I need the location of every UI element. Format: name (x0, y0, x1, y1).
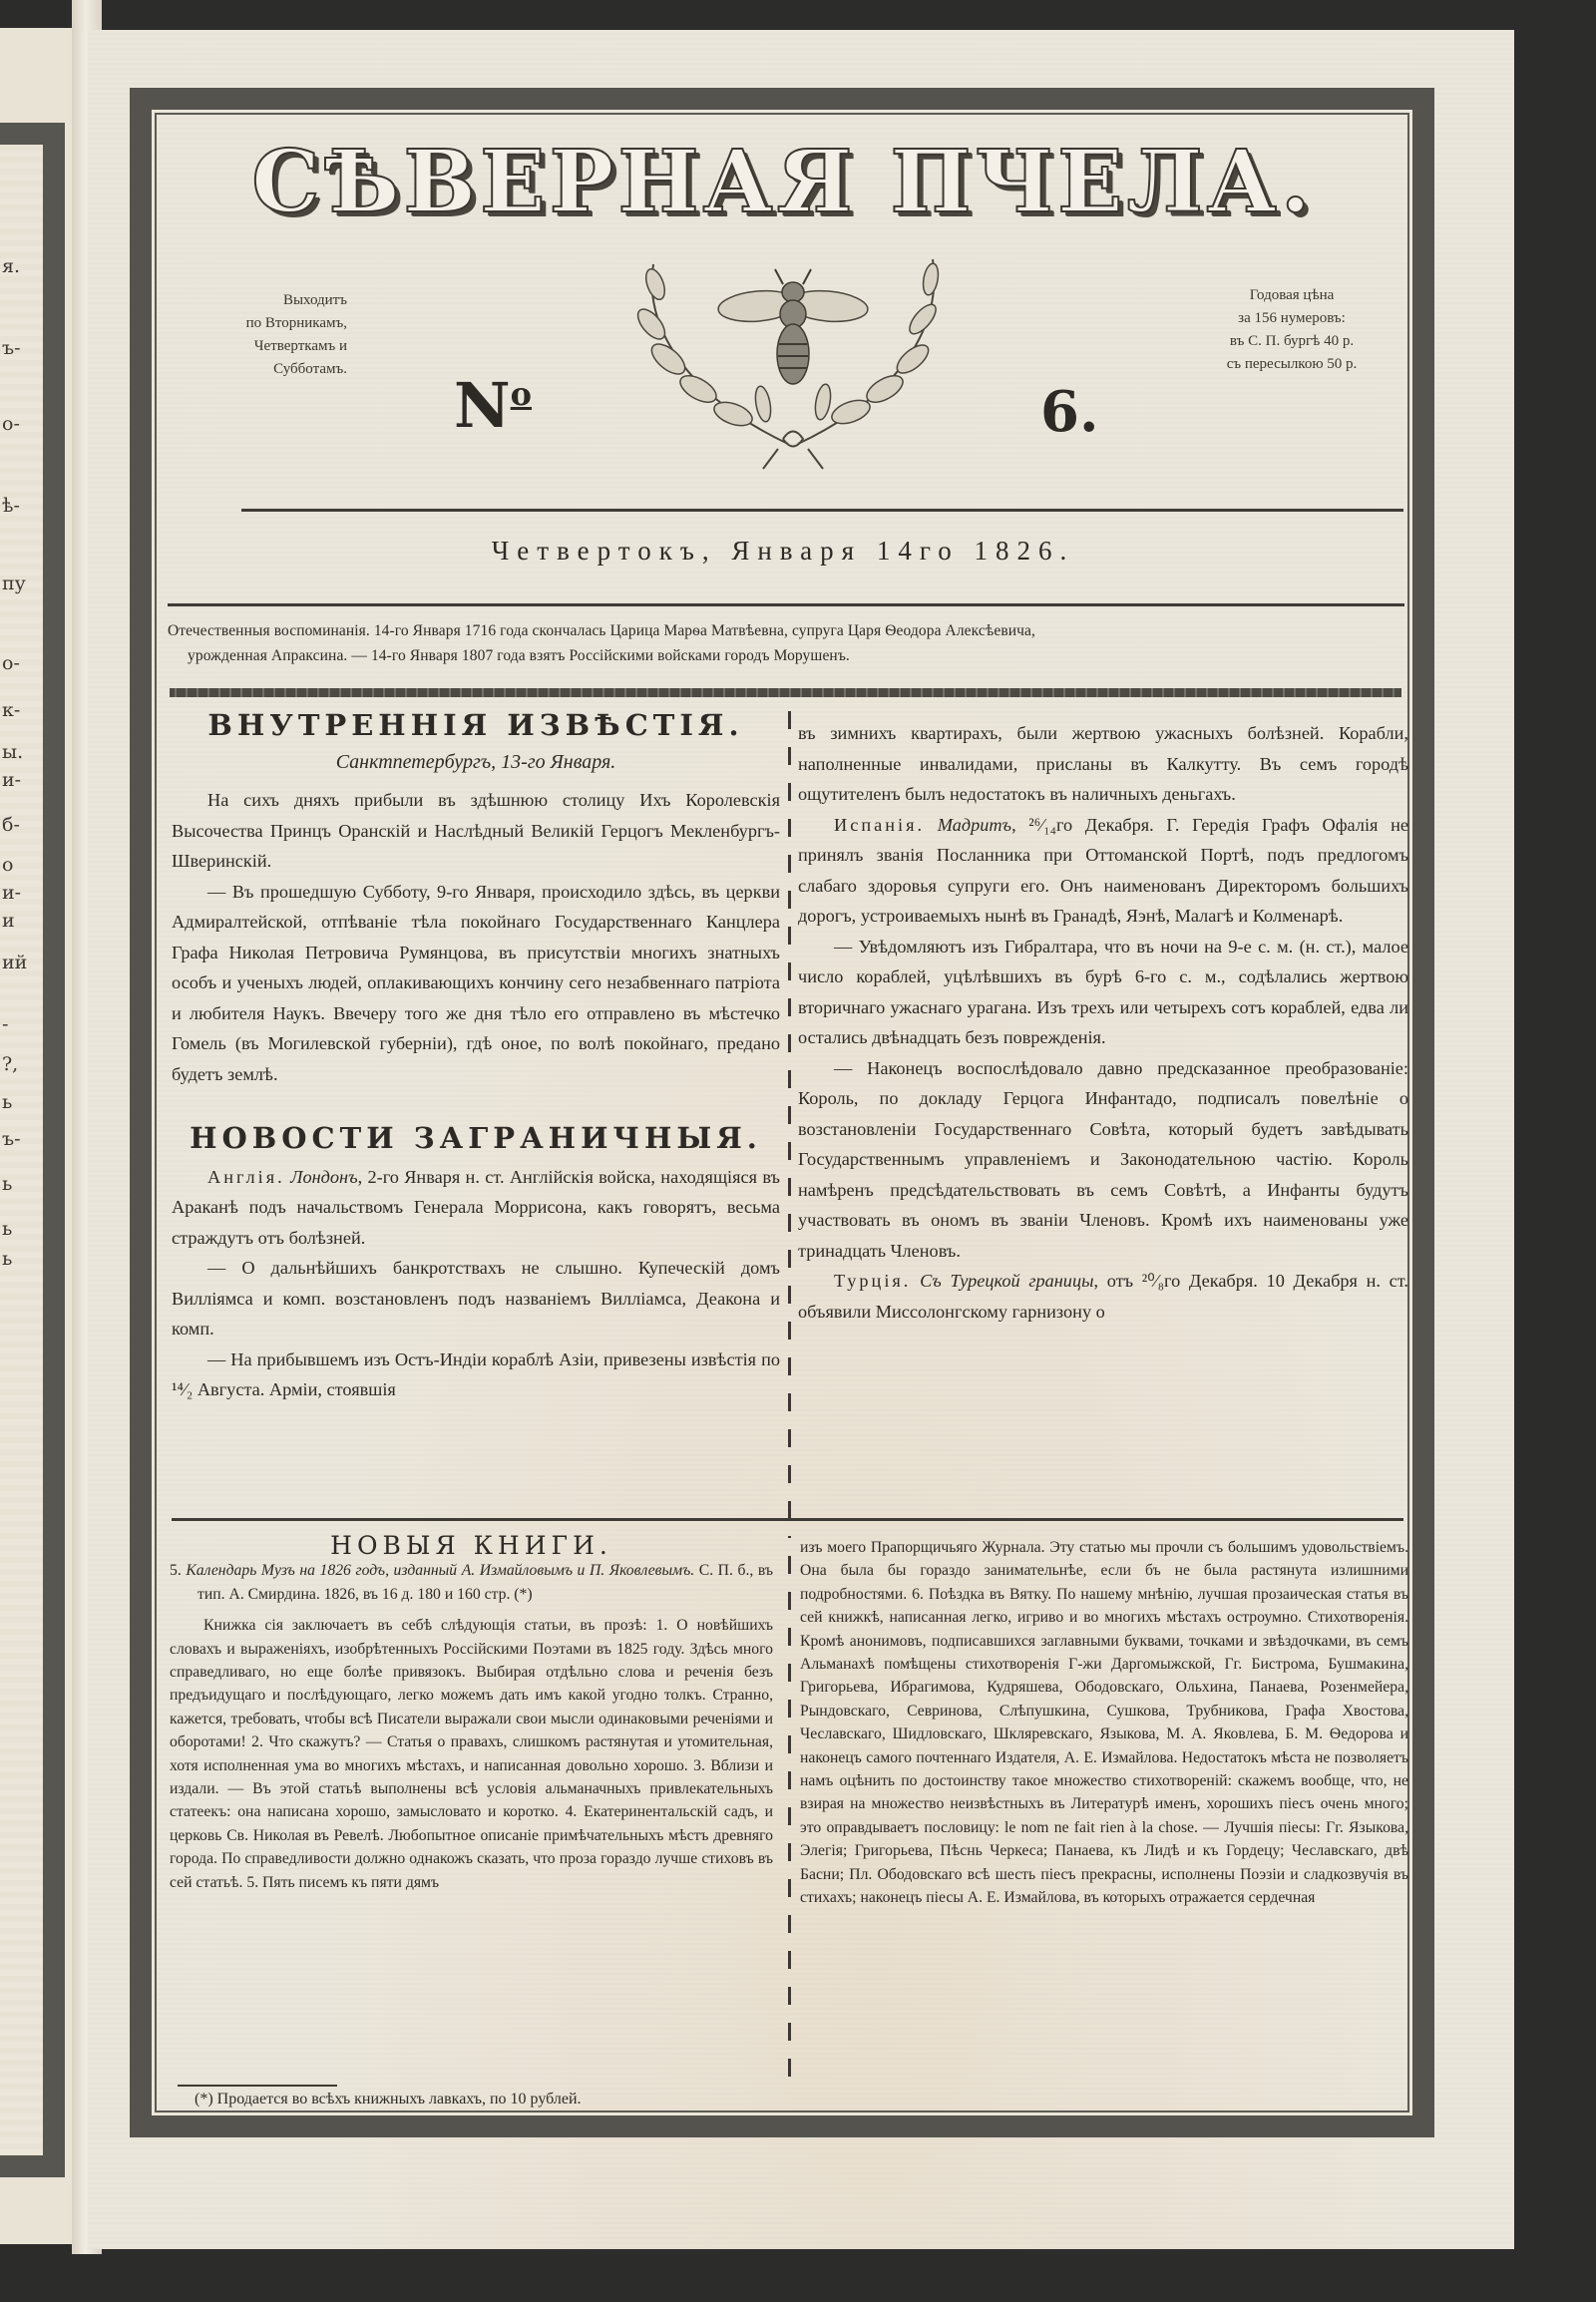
text-fragment: ь (2, 1220, 12, 1239)
country-label: Испанія. (834, 815, 925, 835)
issue-dateline: Четвертокъ, Января 14го 1826. (170, 536, 1396, 567)
book-title: Календарь Музъ на 1826 годъ, изданный А.… (186, 1562, 694, 1579)
text-fragment: ь (2, 1175, 12, 1194)
text-fragment: ?, (2, 1055, 18, 1074)
footnote: (*) Продается во всѣхъ книжныхъ лавкахъ,… (195, 2091, 582, 2109)
section-heading-books: НОВЫЯ КНИГИ. (170, 1534, 773, 1557)
number-sign-letter: N (454, 369, 511, 442)
city-label: Съ Турецкой границы (920, 1271, 1093, 1291)
news-paragraph: — Увѣдомляютъ изъ Гибралтара, что въ ноч… (798, 932, 1408, 1053)
news-paragraph: — Наконецъ воспослѣдовало давно предсказ… (798, 1053, 1408, 1267)
text-fragment: о- (2, 654, 20, 673)
book-entry: 5. Календарь Музъ на 1826 годъ, изданный… (170, 1559, 773, 1606)
number-sign: Nо (454, 369, 532, 442)
text-fragment: ь (2, 1250, 12, 1269)
schedule-line: Четверткамъ и (168, 335, 347, 358)
text-fragment: - (2, 1015, 8, 1034)
column-divider (786, 710, 792, 1518)
text-fragment: и- (2, 884, 21, 903)
news-paragraph-england: Англія. Лондонъ, 2-го Января н. ст. Англ… (172, 1162, 780, 1254)
price-line: за 156 нумеровъ: (1192, 307, 1392, 330)
news-paragraph: въ зимнихъ квартирахъ, были жертвою ужас… (798, 718, 1408, 810)
section-band (170, 688, 1401, 697)
column-divider (786, 1536, 792, 2095)
news-paragraph-spain: Испанія. Мадритъ, ²⁶⁄₁₄го Декабря. Г. Ге… (798, 810, 1408, 932)
city-label: Лондонъ (290, 1167, 358, 1187)
number-sign-sup: о (511, 375, 532, 413)
country-label: Англія. (207, 1167, 285, 1187)
text-fragment: к- (2, 701, 20, 720)
text-fragment: и (2, 912, 15, 931)
news-paragraph: На сихъ дняхъ прибыли въ здѣшнюю столицу… (172, 785, 780, 877)
dateline-rule (168, 603, 1404, 606)
subscription-price: Годовая цѣна за 156 нумеровъ: въ С. П. б… (1192, 284, 1392, 376)
books-column-left: НОВЫЯ КНИГИ. 5. Календарь Музъ на 1826 г… (170, 1534, 773, 1894)
schedule-line: по Вторникамъ, (168, 312, 347, 335)
book-review: изъ моего Прапорщичьяго Журнала. Эту ста… (800, 1536, 1408, 1910)
entry-number: 5. (170, 1562, 182, 1579)
publication-schedule: Выходитъ по Вторникамъ, Четверткамъ и Су… (168, 289, 347, 381)
text-fragment: б- (2, 816, 20, 835)
memorial-notice: Отечественныя воспоминанія. 14-го Января… (168, 618, 1404, 668)
text-fragment: ы. (2, 743, 23, 762)
column-right: въ зимнихъ квартирахъ, были жертвою ужас… (798, 718, 1408, 1327)
text-fragment: о (2, 856, 13, 875)
book-review: Книжка сія заключаетъ въ себѣ слѣдующія … (170, 1614, 773, 1894)
memorial-line: урожденная Апраксина. — 14-го Января 180… (168, 643, 1404, 668)
books-column-right: изъ моего Прапорщичьяго Журнала. Эту ста… (800, 1536, 1408, 1910)
schedule-line: Выходитъ (168, 289, 347, 312)
text-fragment: и- (2, 771, 21, 790)
memorial-line: Отечественныя воспоминанія. 14-го Января… (168, 618, 1404, 643)
masthead-rule (241, 509, 1403, 512)
text-fragment: я. (2, 257, 20, 276)
text-fragment: ъ- (2, 1130, 21, 1149)
news-paragraph-turkey: Турція. Съ Турецкой границы, отъ ²⁰⁄₈го … (798, 1266, 1408, 1327)
news-paragraph: — О дальнѣйшихъ банкротствахъ не слышно.… (172, 1253, 780, 1344)
price-line: Годовая цѣна (1192, 284, 1392, 307)
bee-wreath-icon (623, 244, 963, 474)
newspaper-title: СѢВЕРНАЯ ПЧЕЛА. (170, 140, 1396, 225)
text-fragment: ъ- (2, 339, 21, 358)
text-fragment: пу (2, 575, 26, 593)
text-fragment: ий (2, 954, 27, 972)
column-left: ВНУТРЕННІЯ ИЗВѢСТІЯ. Санктпетербургъ, 13… (172, 710, 780, 1405)
masthead: СѢВЕРНАЯ ПЧЕЛА. (170, 140, 1396, 225)
text-fragment: ь (2, 1093, 12, 1112)
news-paragraph: — Въ прошедшую Субботу, 9-го Января, про… (172, 877, 780, 1090)
city-label: Мадритъ (938, 815, 1011, 835)
books-rule (172, 1518, 1403, 1521)
domestic-dateline: Санктпетербургъ, 13-го Января. (172, 747, 780, 778)
text-fragment: о- (2, 415, 20, 434)
price-line: съ пересылкою 50 р. (1192, 353, 1392, 376)
price-line: въ С. П. бургѣ 40 р. (1192, 330, 1392, 353)
news-paragraph: — На прибывшемъ изъ Остъ-Индіи кораблѣ А… (172, 1344, 780, 1405)
country-label: Турція. (834, 1271, 911, 1291)
schedule-line: Субботамъ. (168, 358, 347, 381)
footnote-rule (178, 2085, 337, 2087)
issue-number: 6. (1040, 379, 1098, 445)
section-heading-domestic: ВНУТРЕННІЯ ИЗВѢСТІЯ. (172, 710, 780, 741)
text-fragment: ѣ- (2, 497, 20, 516)
section-heading-foreign: НОВОСТИ ЗАГРАНИЧНЫЯ. (172, 1123, 780, 1154)
